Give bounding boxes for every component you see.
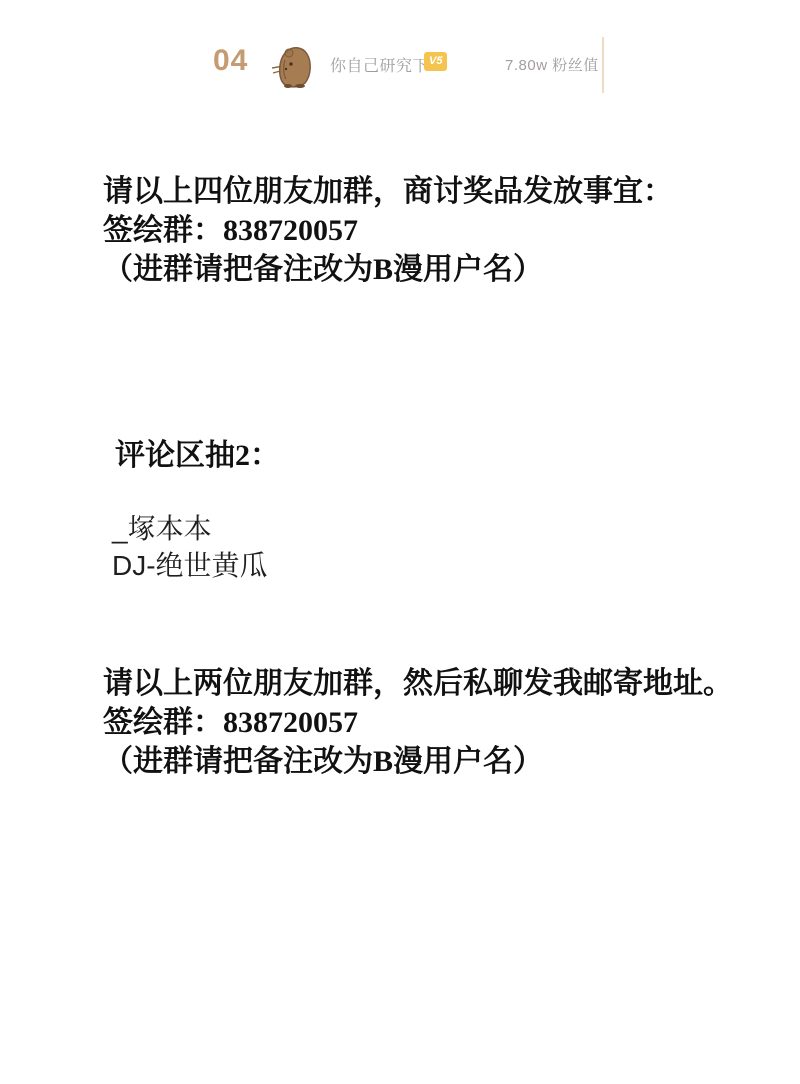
announcement-page: 04 你自己研究下 V5 7.8 [0,0,800,1084]
fan-ranking-row[interactable]: 04 你自己研究下 V5 7.8 [0,30,800,94]
notice-bottom-line1: 请以上两位朋友加群，然后私聊发我邮寄地址。 [103,664,763,703]
comment-draw-winners: _塚本本 DJ-绝世黄瓜 [112,510,268,584]
hamster-avatar-icon[interactable] [270,40,314,90]
winner-name: _塚本本 [112,510,268,547]
notice-top-line2: 签绘群：838720057 [103,211,763,250]
rank-number: 04 [213,44,248,78]
winner-name: DJ-绝世黄瓜 [112,547,268,584]
level-badge: V5 [424,52,447,71]
divider-line [602,37,604,93]
notice-bottom-line3: （进群请把备注改为B漫用户名） [103,742,763,781]
notice-bottom-line2: 签绘群：838720057 [103,703,763,742]
notice-top-line3: （进群请把备注改为B漫用户名） [103,250,763,289]
group-notice-top: 请以上四位朋友加群，商讨奖品发放事宜： 签绘群：838720057 （进群请把备… [103,172,763,289]
group-notice-bottom: 请以上两位朋友加群，然后私聊发我邮寄地址。 签绘群：838720057 （进群请… [103,664,763,781]
username-label[interactable]: 你自己研究下 [330,53,429,76]
notice-top-line1: 请以上四位朋友加群，商讨奖品发放事宜： [103,172,763,211]
fan-value-label: 7.80w 粉丝值 [505,54,599,75]
comment-draw-title: 评论区抽2： [115,430,280,474]
